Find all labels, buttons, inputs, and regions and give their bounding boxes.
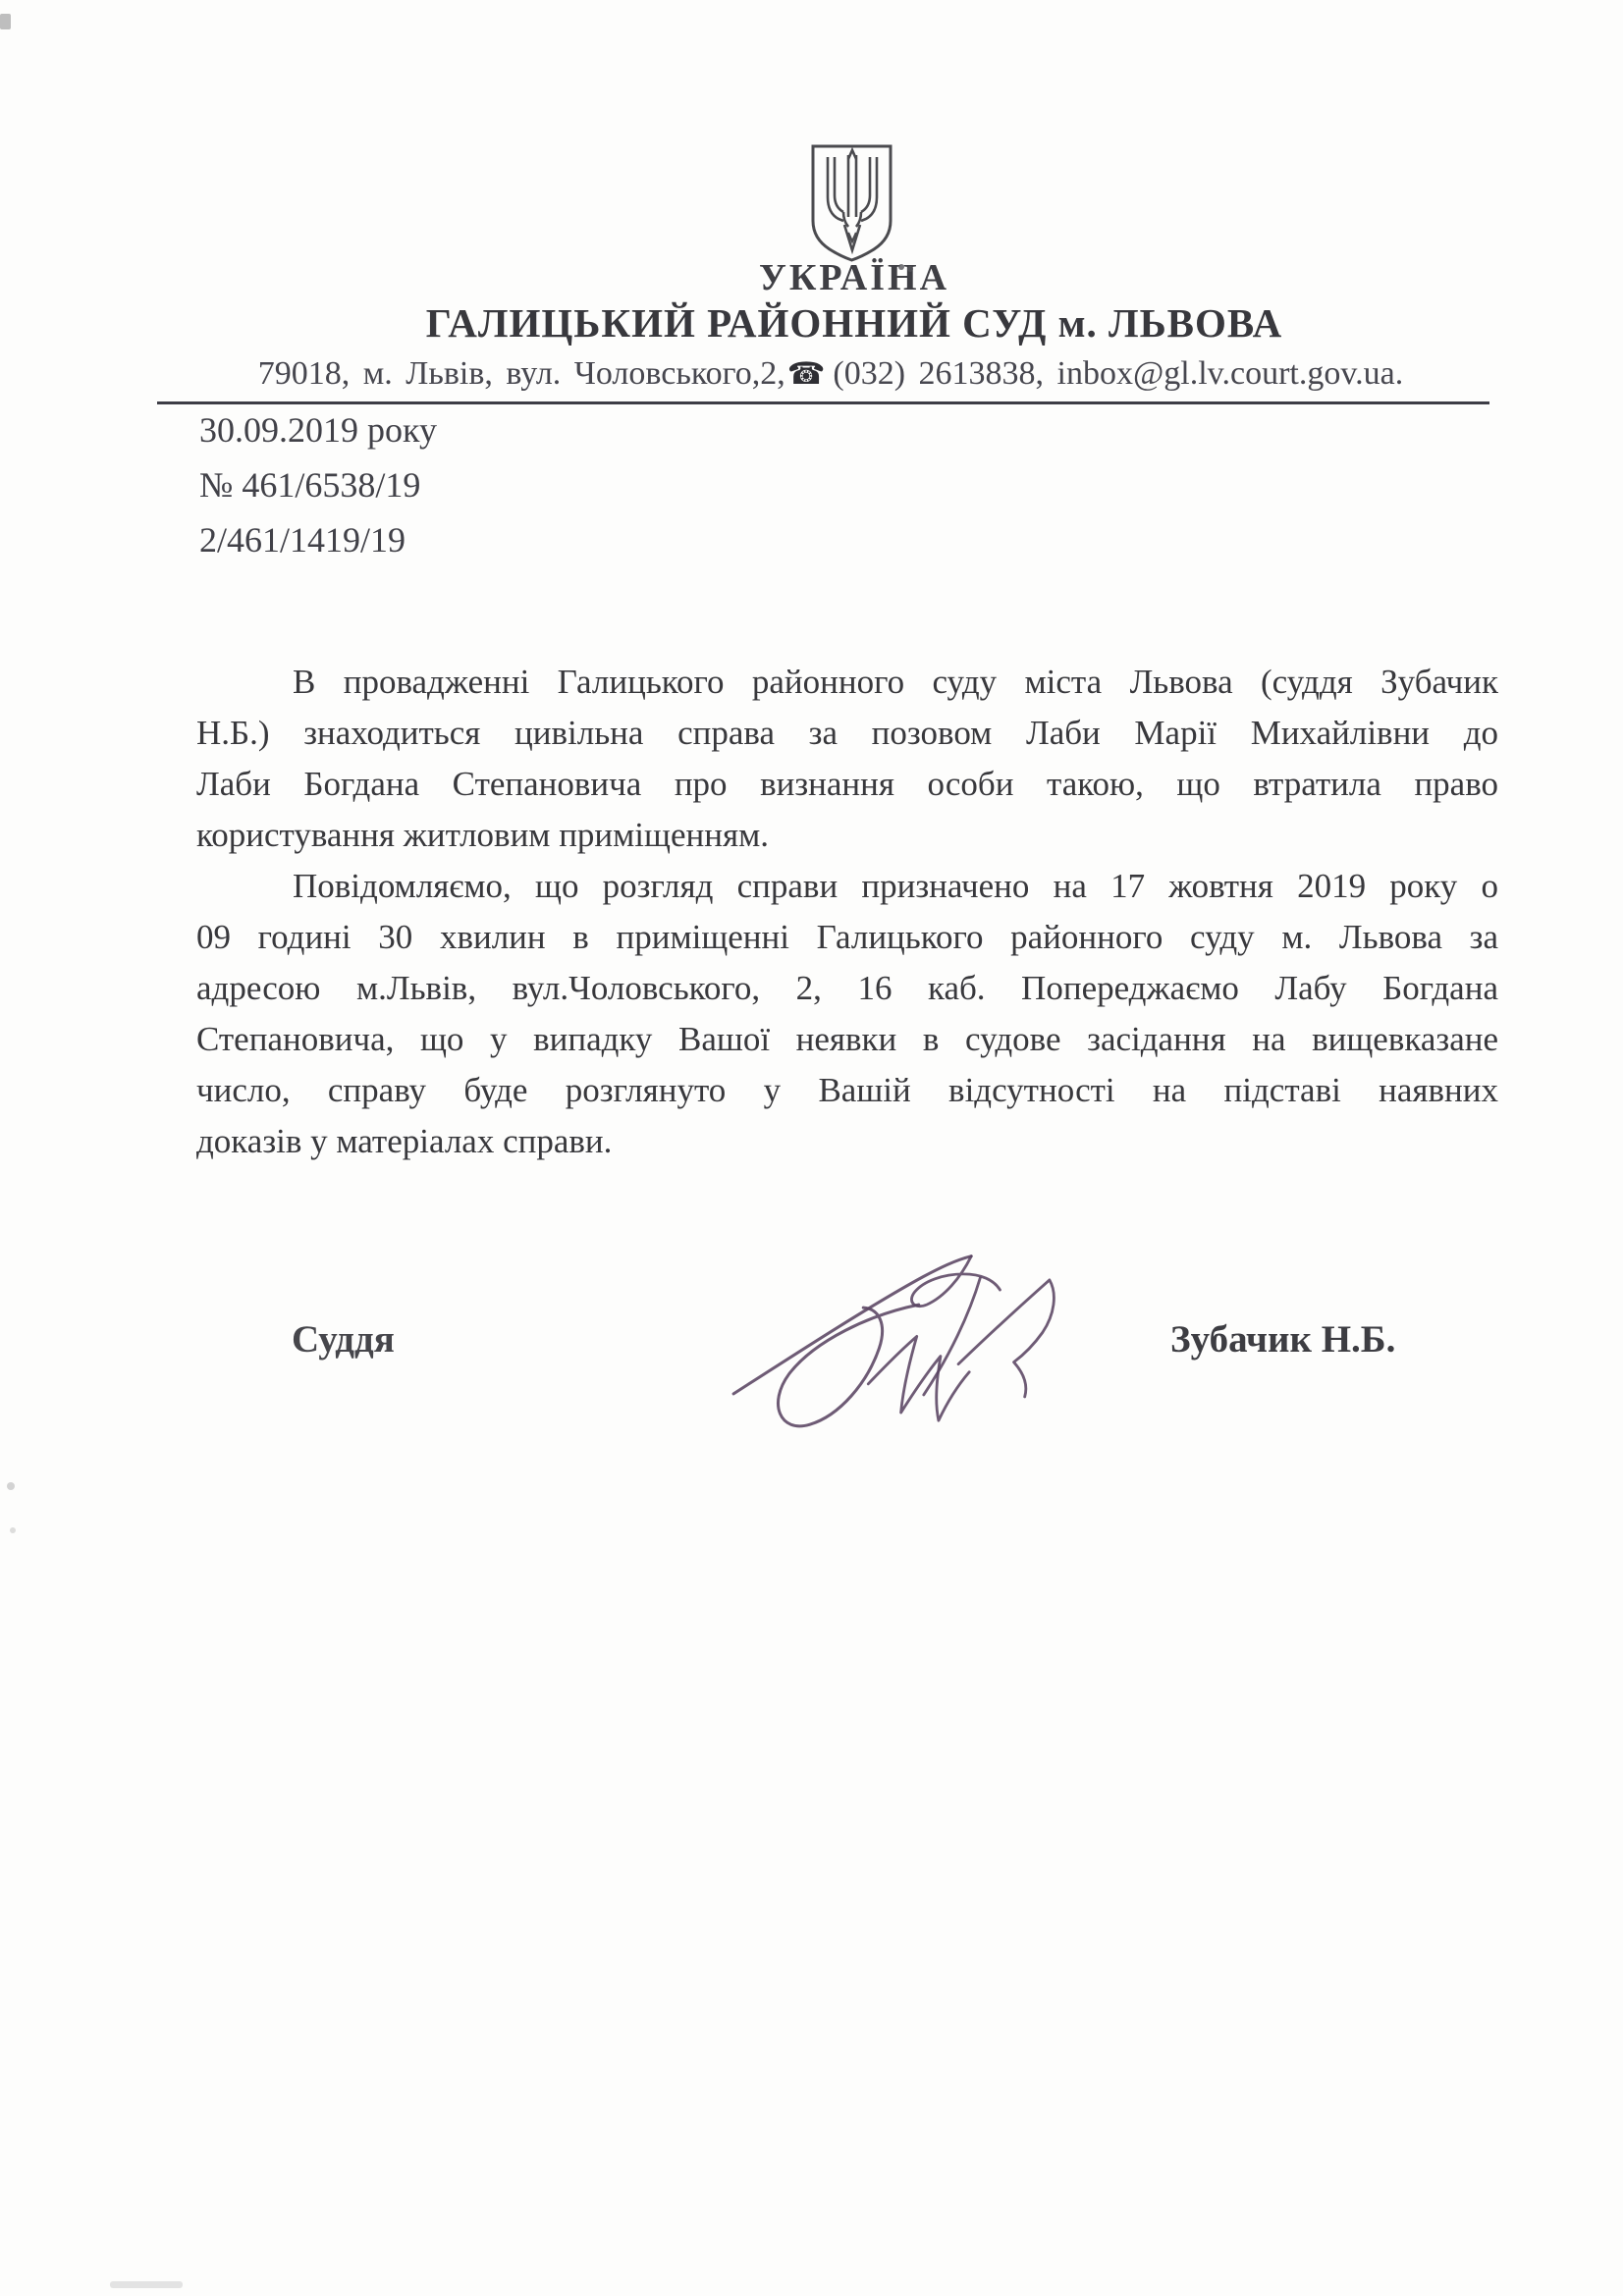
case-number: № 461/6538/19 <box>199 457 437 512</box>
body-line: Повідомляємо, що розгляд справи призначе… <box>196 861 1498 912</box>
court-name: ГАЛИЦЬКИЙ РАЙОННИЙ СУД м. ЛЬВОВА <box>85 299 1623 347</box>
body-line: 09 годині 30 хвилин в приміщенні Галицьк… <box>196 912 1498 963</box>
body-line: число, справу буде розглянуто у Вашій ві… <box>196 1065 1498 1116</box>
proceedings-number: 2/461/1419/19 <box>199 512 437 567</box>
body-line: Степановича, що у випадку Вашої неявки в… <box>196 1014 1498 1065</box>
letter-date: 30.09.2019 року <box>199 402 437 457</box>
scan-artifact <box>0 14 11 29</box>
country-name: УКРАЇНА <box>85 256 1623 299</box>
postal-address: 79018, м. Львів, вул. Чоловського,2, <box>258 355 785 392</box>
reference-block: 30.09.2019 року № 461/6538/19 2/461/1419… <box>199 402 437 567</box>
email-address: inbox@gl.lv.court.gov.ua. <box>1057 355 1404 392</box>
body-line: адресою м.Львів, вул.Чоловського, 2, 16 … <box>196 963 1498 1014</box>
body-line: Н.Б.) знаходиться цивільна справа за поз… <box>196 708 1498 759</box>
handwritten-signature-icon <box>720 1245 1061 1449</box>
scan-artifact <box>7 1482 15 1490</box>
scan-artifact <box>898 264 904 270</box>
body: В провадженні Галицького районного суду … <box>196 657 1498 1167</box>
body-line: користування житловим приміщенням. <box>196 810 1498 861</box>
body-line: Лаби Богдана Степановича про визнання ос… <box>196 759 1498 810</box>
body-line: В провадженні Галицького районного суду … <box>196 657 1498 708</box>
body-line: доказів у матеріалах справи. <box>196 1116 1498 1167</box>
judge-role-label: Суддя <box>292 1317 395 1362</box>
ukraine-trident-emblem-icon <box>807 142 896 263</box>
phone-number: (032) 2613838 <box>833 355 1035 392</box>
scan-artifact <box>110 2281 183 2288</box>
contact-separator: , <box>1036 355 1057 392</box>
scanned-court-letter: УКРАЇНА ГАЛИЦЬКИЙ РАЙОННИЙ СУД м. ЛЬВОВА… <box>0 0 1623 2296</box>
judge-name: Зубачик Н.Б. <box>1170 1317 1395 1362</box>
telephone-icon: ☎ <box>787 356 826 392</box>
letterhead-contact-line: 79018, м. Львів, вул. Чоловського,2,☎(03… <box>62 352 1599 396</box>
scan-artifact <box>10 1527 16 1533</box>
scan-artifact <box>907 266 913 272</box>
